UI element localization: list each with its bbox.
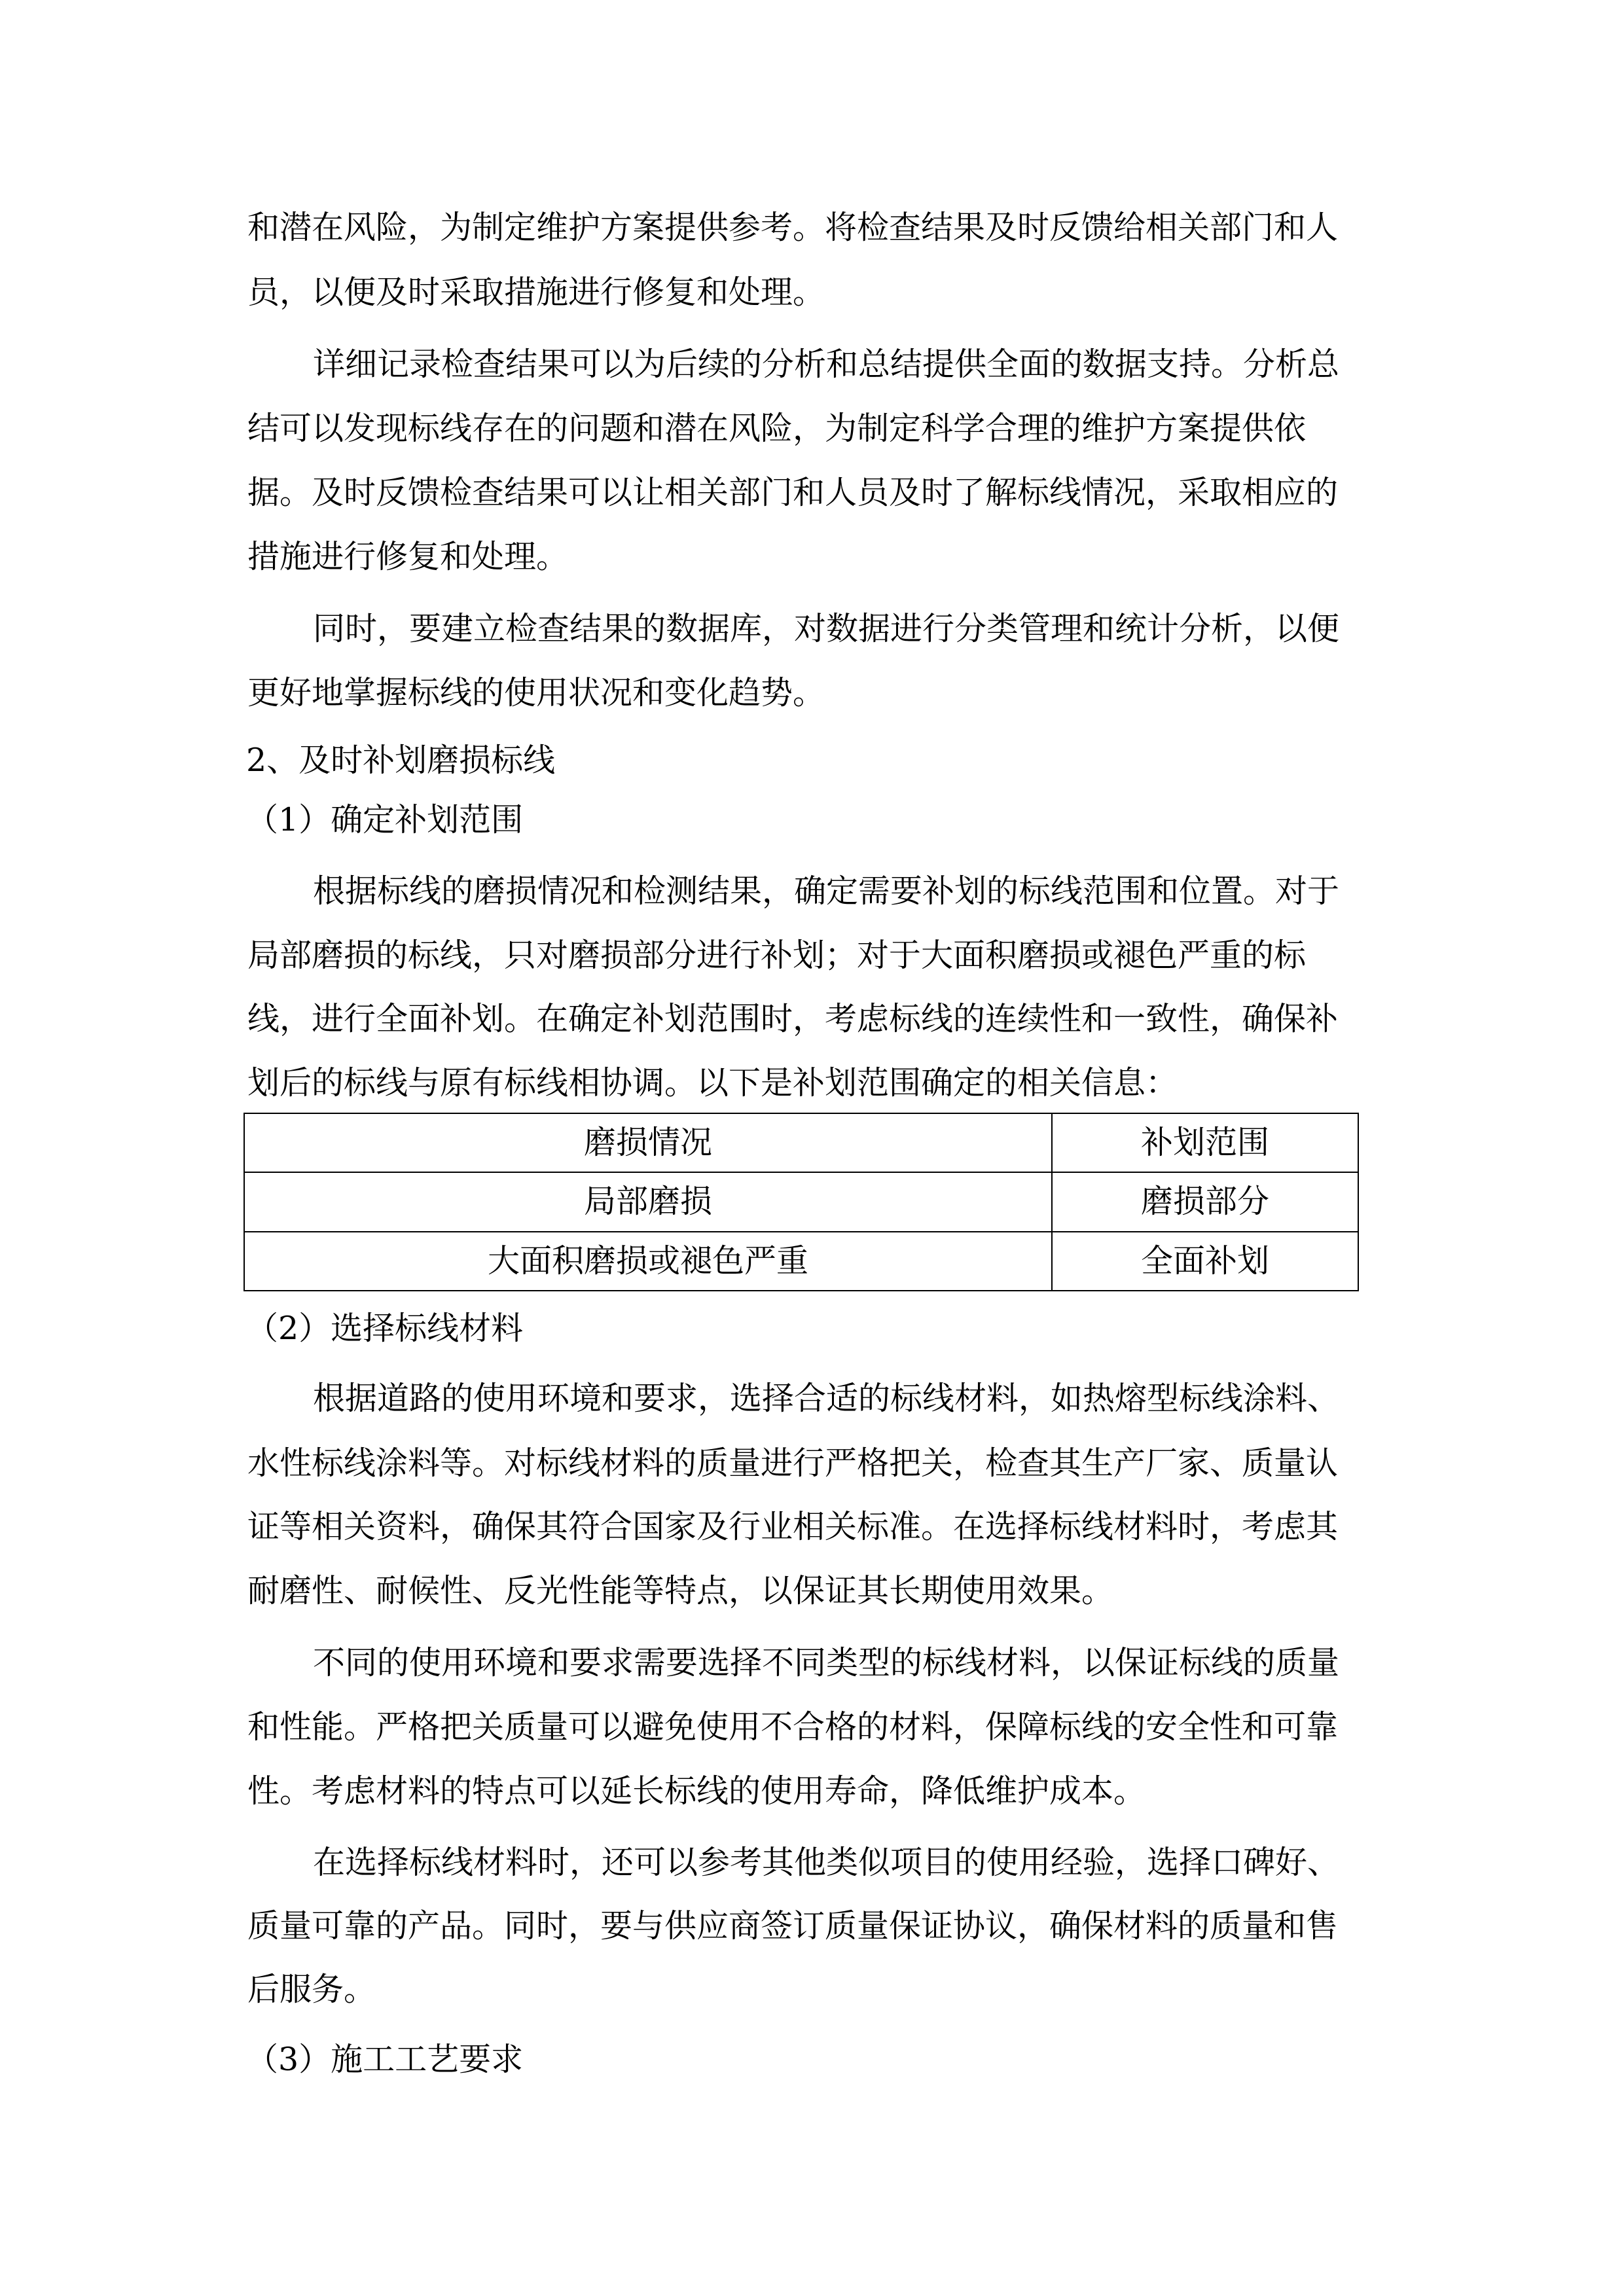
paragraph-line: 局部磨损的标线，只对磨损部分进行补划；对于大面积磨损或褪色严重的标 xyxy=(247,936,1360,975)
table-header-cell: 磨损情况 xyxy=(244,1113,1052,1172)
paragraph-line: 划后的标线与原有标线相协调。以下是补划范围确定的相关信息： xyxy=(247,1064,1360,1103)
subsection-heading: （3）施工工艺要求 xyxy=(246,2040,1359,2079)
table-cell: 局部磨损 xyxy=(244,1172,1052,1231)
paragraph-line: 根据道路的使用环境和要求，选择合适的标线材料，如热熔型标线涂料、 xyxy=(313,1379,1360,1418)
document-page: 和潜在风险，为制定维护方案提供参考。将检查结果及时反馈给相关部门和人 员，以便及… xyxy=(0,0,1624,2296)
table-cell: 磨损部分 xyxy=(1052,1172,1358,1231)
paragraph-line: 不同的使用环境和要求需要选择不同类型的标线材料，以保证标线的质量 xyxy=(313,1643,1360,1683)
paragraph-line: 后服务。 xyxy=(247,1970,1360,2009)
table-cell: 大面积磨损或褪色严重 xyxy=(244,1232,1052,1291)
paragraph-line: 同时，要建立检查结果的数据库，对数据进行分类管理和统计分析，以便 xyxy=(313,609,1360,649)
section-heading: 2、及时补划磨损标线 xyxy=(246,741,1359,780)
paragraph-line: 据。及时反馈检查结果可以让相关部门和人员及时了解标线情况，采取相应的 xyxy=(247,473,1360,512)
paragraph-line: 详细记录检查结果可以为后续的分析和总结提供全面的数据支持。分析总 xyxy=(313,345,1360,384)
table-header-cell: 补划范围 xyxy=(1052,1113,1358,1172)
paragraph-line: 质量可靠的产品。同时，要与供应商签订质量保证协议，确保材料的质量和售 xyxy=(247,1907,1360,1946)
paragraph-line: 措施进行修复和处理。 xyxy=(247,537,1360,577)
paragraph-line: 在选择标线材料时，还可以参考其他类似项目的使用经验，选择口碑好、 xyxy=(313,1843,1360,1882)
paragraph-line: 结可以发现标线存在的问题和潜在风险，为制定科学合理的维护方案提供依 xyxy=(247,409,1360,448)
paragraph-line: 水性标线涂料等。对标线材料的质量进行严格把关，检查其生产厂家、质量认 xyxy=(247,1444,1360,1483)
paragraph-line: 耐磨性、耐候性、反光性能等特点，以保证其长期使用效果。 xyxy=(247,1571,1360,1611)
subsection-heading: （2）选择标线材料 xyxy=(246,1309,1359,1348)
paragraph-line: 员，以便及时采取措施进行修复和处理。 xyxy=(247,273,1360,312)
paragraph-line: 性。考虑材料的特点可以延长标线的使用寿命，降低维护成本。 xyxy=(247,1772,1360,1811)
paragraph-line: 更好地掌握标线的使用状况和变化趋势。 xyxy=(247,673,1360,713)
paragraph-line: 证等相关资料，确保其符合国家及行业相关标准。在选择标线材料时，考虑其 xyxy=(247,1507,1360,1547)
table-row: 局部磨损 磨损部分 xyxy=(244,1172,1358,1231)
table-cell: 全面补划 xyxy=(1052,1232,1358,1291)
table-row: 大面积磨损或褪色严重 全面补划 xyxy=(244,1232,1358,1291)
paragraph-line: 和性能。严格把关质量可以避免使用不合格的材料，保障标线的安全性和可靠 xyxy=(247,1708,1360,1747)
table-header-row: 磨损情况 补划范围 xyxy=(244,1113,1358,1172)
paragraph-line: 线，进行全面补划。在确定补划范围时，考虑标线的连续性和一致性，确保补 xyxy=(247,999,1360,1039)
paragraph-line: 根据标线的磨损情况和检测结果，确定需要补划的标线范围和位置。对于 xyxy=(313,872,1360,911)
paragraph-line: 和潜在风险，为制定维护方案提供参考。将检查结果及时反馈给相关部门和人 xyxy=(247,208,1360,247)
repair-scope-table: 磨损情况 补划范围 局部磨损 磨损部分 大面积磨损或褪色严重 全面补划 xyxy=(244,1113,1359,1291)
subsection-heading: （1）确定补划范围 xyxy=(246,800,1359,840)
